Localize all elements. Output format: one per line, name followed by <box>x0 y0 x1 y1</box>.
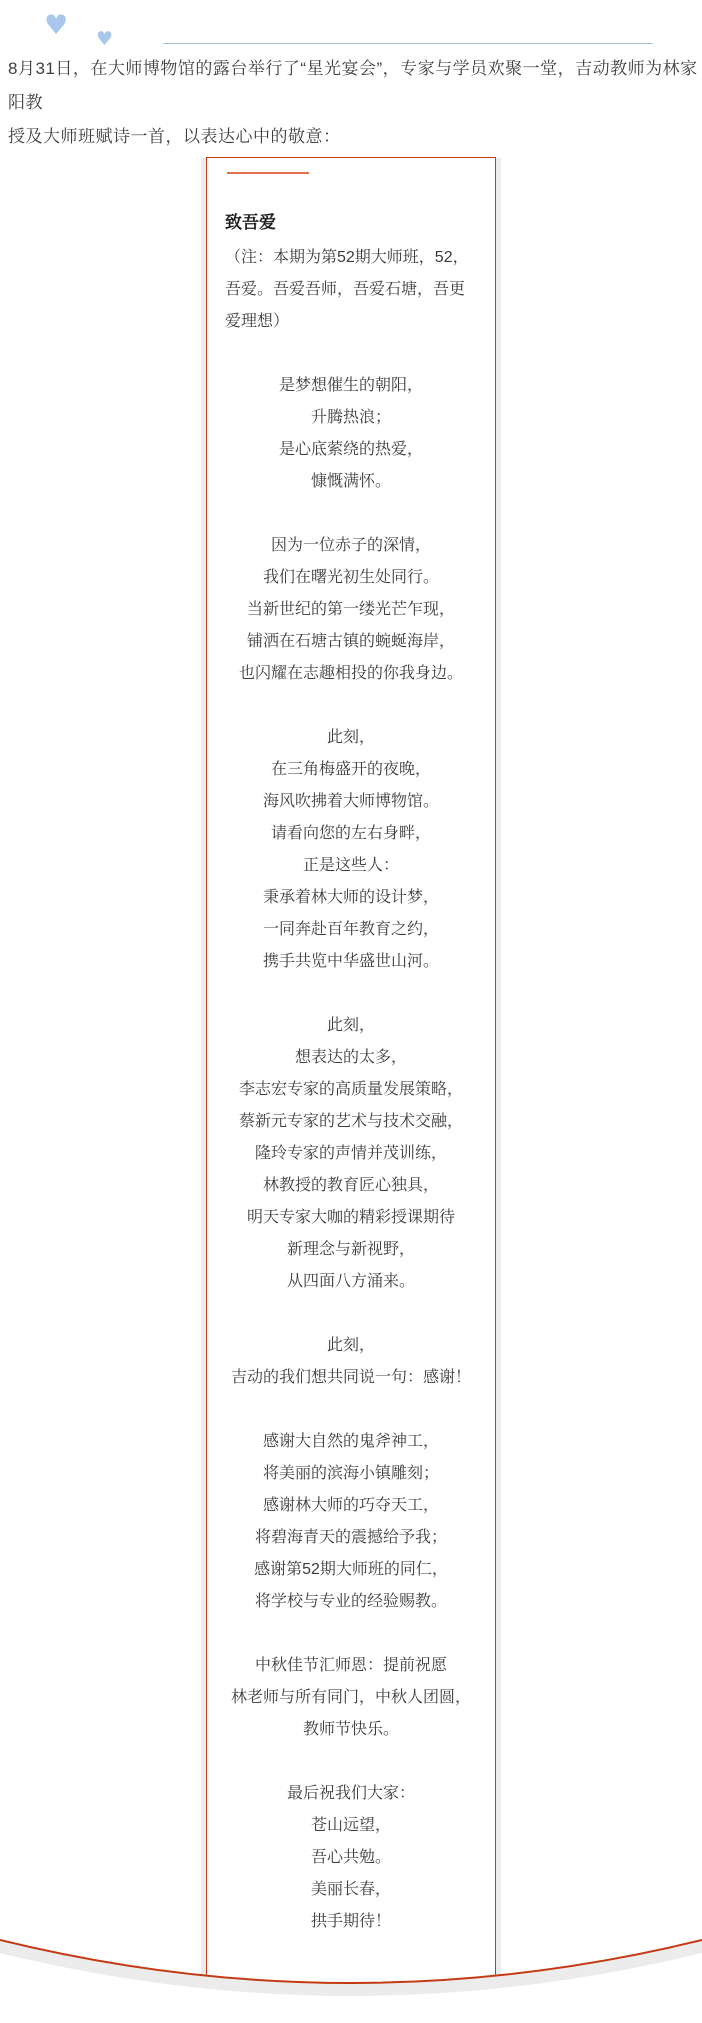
poem-line: 升腾热浪； <box>225 402 477 434</box>
poem-stanza: 中秋佳节汇师恩：提前祝愿林老师与所有同门，中秋人团圆，教师节快乐。 <box>225 1650 477 1746</box>
poem-line: 因为一位赤子的深情， <box>225 530 477 562</box>
poem-stanza: 此刻，在三角梅盛开的夜晚，海风吹拂着大师博物馆。请看向您的左右身畔，正是这些人：… <box>225 722 477 978</box>
poem-line: 中秋佳节汇师恩：提前祝愿 <box>225 1650 477 1682</box>
poem-line: 将碧海青天的震撼给予我； <box>225 1522 477 1554</box>
poem-line: 当新世纪的第一缕光芒乍现， <box>225 594 477 626</box>
footer-curve <box>0 1870 702 2023</box>
poem-stanza: 此刻，吉动的我们想共同说一句：感谢！ <box>225 1330 477 1394</box>
heart-icon-large: ♥ <box>44 12 68 39</box>
poem-line: 在三角梅盛开的夜晚， <box>225 754 477 786</box>
poem-line: 感谢第52期大师班的同仁， <box>225 1554 477 1586</box>
poem-stanza: 因为一位赤子的深情，我们在曙光初生处同行。当新世纪的第一缕光芒乍现，铺洒在石塘古… <box>225 530 477 690</box>
intro-paragraph: 8月31日，在大师博物馆的露台举行了“星光宴会”，专家与学员欢聚一堂，吉动教师为… <box>8 52 698 154</box>
poem-line: 隆玲专家的声情并茂训练， <box>225 1138 477 1170</box>
poem-line: 铺洒在石塘古镇的蜿蜒海岸， <box>225 626 477 658</box>
poem-line: 我们在曙光初生处同行。 <box>225 562 477 594</box>
poem-line: 海风吹拂着大师博物馆。 <box>225 786 477 818</box>
poem-line: 苍山远望， <box>225 1810 477 1842</box>
poem-line: 此刻， <box>225 1010 477 1042</box>
poem-body: 是梦想催生的朝阳，升腾热浪；是心底萦绕的热爱，慷慨满怀。因为一位赤子的深情，我们… <box>225 370 477 1938</box>
note-line: （注：本期为第52期大师班，52， <box>225 242 477 274</box>
poem-line: 吉动的我们想共同说一句：感谢！ <box>225 1362 477 1394</box>
poem-line: 最后祝我们大家： <box>225 1778 477 1810</box>
poem-line: 林教授的教育匠心独具， <box>225 1170 477 1202</box>
poem-line: 携手共览中华盛世山河。 <box>225 946 477 978</box>
poem-line: 将学校与专业的经验赐教。 <box>225 1586 477 1618</box>
poem-line: 也闪耀在志趣相投的你我身边。 <box>225 658 477 690</box>
poem-line: 将美丽的滨海小镇雕刻； <box>225 1458 477 1490</box>
poem-line: 正是这些人： <box>225 850 477 882</box>
poem-stanza: 此刻，想表达的太多，李志宏专家的高质量发展策略，蔡新元专家的艺术与技术交融，隆玲… <box>225 1010 477 1298</box>
article-page: ♥ ♥ 8月31日，在大师博物馆的露台举行了“星光宴会”，专家与学员欢聚一堂，吉… <box>0 0 702 2023</box>
poem-line: 蔡新元专家的艺术与技术交融， <box>225 1106 477 1138</box>
poem-line: 李志宏专家的高质量发展策略， <box>225 1074 477 1106</box>
poem-stanza: 是梦想催生的朝阳，升腾热浪；是心底萦绕的热爱，慷慨满怀。 <box>225 370 477 498</box>
poem-line: 一同奔赴百年教育之约， <box>225 914 477 946</box>
poem-line: 想表达的太多， <box>225 1042 477 1074</box>
poem-line: 秉承着林大师的设计梦， <box>225 882 477 914</box>
poem-line: 从四面八方涌来。 <box>225 1266 477 1298</box>
poem-line: 此刻， <box>225 1330 477 1362</box>
poem-line: 慷慨满怀。 <box>225 466 477 498</box>
heart-icon-small: ♥ <box>96 30 113 49</box>
poem-card: 致吾爱 （注：本期为第52期大师班，52， 吾爱。吾爱吾师，吾爱石塘，吾更 爱理… <box>206 157 496 1991</box>
poem-line: 教师节快乐。 <box>225 1714 477 1746</box>
card-accent-dash <box>227 172 309 174</box>
poem-note: （注：本期为第52期大师班，52， 吾爱。吾爱吾师，吾爱石塘，吾更 爱理想） <box>225 242 477 338</box>
poem-line: 感谢大自然的鬼斧神工， <box>225 1426 477 1458</box>
intro-line: 授及大师班赋诗一首，以表达心中的敬意： <box>8 120 698 154</box>
poem-line: 是心底萦绕的热爱， <box>225 434 477 466</box>
intro-line: 8月31日，在大师博物馆的露台举行了“星光宴会”，专家与学员欢聚一堂，吉动教师为… <box>8 52 698 120</box>
poem-line: 新理念与新视野， <box>225 1234 477 1266</box>
note-line: 吾爱。吾爱吾师，吾爱石塘，吾更 <box>225 274 477 306</box>
poem-line: 感谢林大师的巧夺天工， <box>225 1490 477 1522</box>
poem-line: 明天专家大咖的精彩授课期待 <box>225 1202 477 1234</box>
poem-line: 此刻， <box>225 722 477 754</box>
note-line: 爱理想） <box>225 306 477 338</box>
poem-stanza: 感谢大自然的鬼斧神工，将美丽的滨海小镇雕刻；感谢林大师的巧夺天工，将碧海青天的震… <box>225 1426 477 1618</box>
poem-line: 请看向您的左右身畔， <box>225 818 477 850</box>
poem-line: 林老师与所有同门，中秋人团圆， <box>225 1682 477 1714</box>
poem-title: 致吾爱 <box>225 210 477 236</box>
header-divider-line <box>163 43 653 44</box>
poem-line: 是梦想催生的朝阳， <box>225 370 477 402</box>
